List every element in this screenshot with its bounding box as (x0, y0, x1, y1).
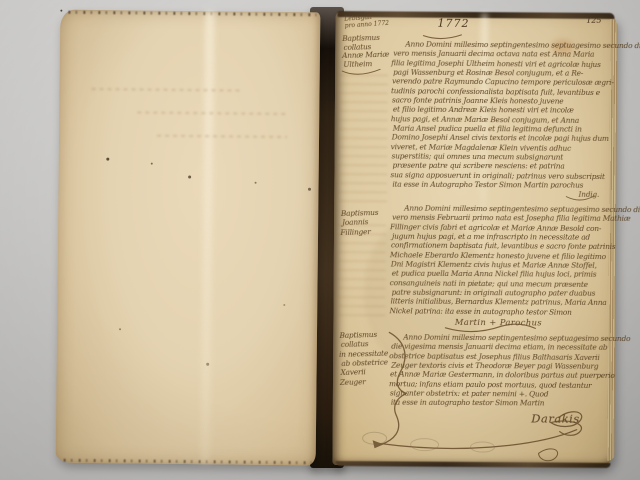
pencil-ghost-oval (471, 442, 495, 452)
signature: Darakis (390, 410, 606, 426)
sweep-end-blob (373, 440, 384, 448)
register-entry: Anno Domini millesimo septingentesimo se… (390, 203, 607, 328)
year-underline-flourish (423, 35, 461, 39)
year-heading: 1772 (421, 17, 485, 30)
manuscript-line: ita esse in autographo testor Simon Mart… (391, 398, 607, 408)
register-entry: Anno Domini millesimo septingentesimo se… (390, 332, 607, 425)
ink-specks (60, 10, 62, 12)
bleedthrough-margin (337, 74, 388, 204)
entry-text: Anno Domini millesimo septingentesimo se… (391, 39, 608, 190)
pencil-ghost-oval (363, 432, 387, 444)
archive-note-line: pro anno 1772 (345, 20, 390, 29)
right-page: Lebisgall pro anno 1772 1772 125 Baptism… (332, 12, 616, 467)
margin-note: Baptismuscollatusin necessitateab obstet… (339, 330, 391, 387)
register-entry: Anno Domini millesimo septingentesimo se… (391, 39, 608, 198)
entry-closing-signature: Martin + Parochus (390, 317, 606, 329)
archive-scan: Lebisgall pro anno 1772 1772 125 Baptism… (0, 0, 640, 480)
manuscript-line: Nickel patrina: ita esse in autographo t… (389, 306, 605, 317)
signature-sweep-line (379, 428, 577, 449)
manuscript-line: Ultheim (343, 59, 393, 70)
archive-note: Lebisgall pro anno 1772 (344, 14, 389, 30)
bleedthrough-margin (335, 224, 386, 320)
page-edge-top (68, 11, 316, 17)
pencil-ghost-oval (411, 439, 439, 451)
bleedthrough-text-row (92, 88, 242, 92)
manuscript-line: Zeuger (340, 376, 390, 387)
entry-trailing-word: Indig. (391, 189, 607, 199)
page-edge-bottom (335, 461, 610, 468)
fold-crease (201, 11, 215, 464)
bottom-hook-flourish (538, 449, 557, 461)
folio-number: 125 (586, 16, 601, 25)
left-page (56, 10, 321, 466)
bleedthrough-text-row (157, 135, 287, 139)
margin-note: BaptismusJoannisFillinger (341, 208, 392, 237)
entry-text: Anno Domini millesimo septingentesimo se… (390, 332, 607, 408)
margin-note: Annæ MariæUltheim (342, 50, 393, 70)
manuscript-line: Fillinger (340, 226, 390, 237)
entry-text: Anno Domini millesimo septingentesimo se… (390, 203, 607, 317)
page-edge-bottom (64, 459, 312, 465)
